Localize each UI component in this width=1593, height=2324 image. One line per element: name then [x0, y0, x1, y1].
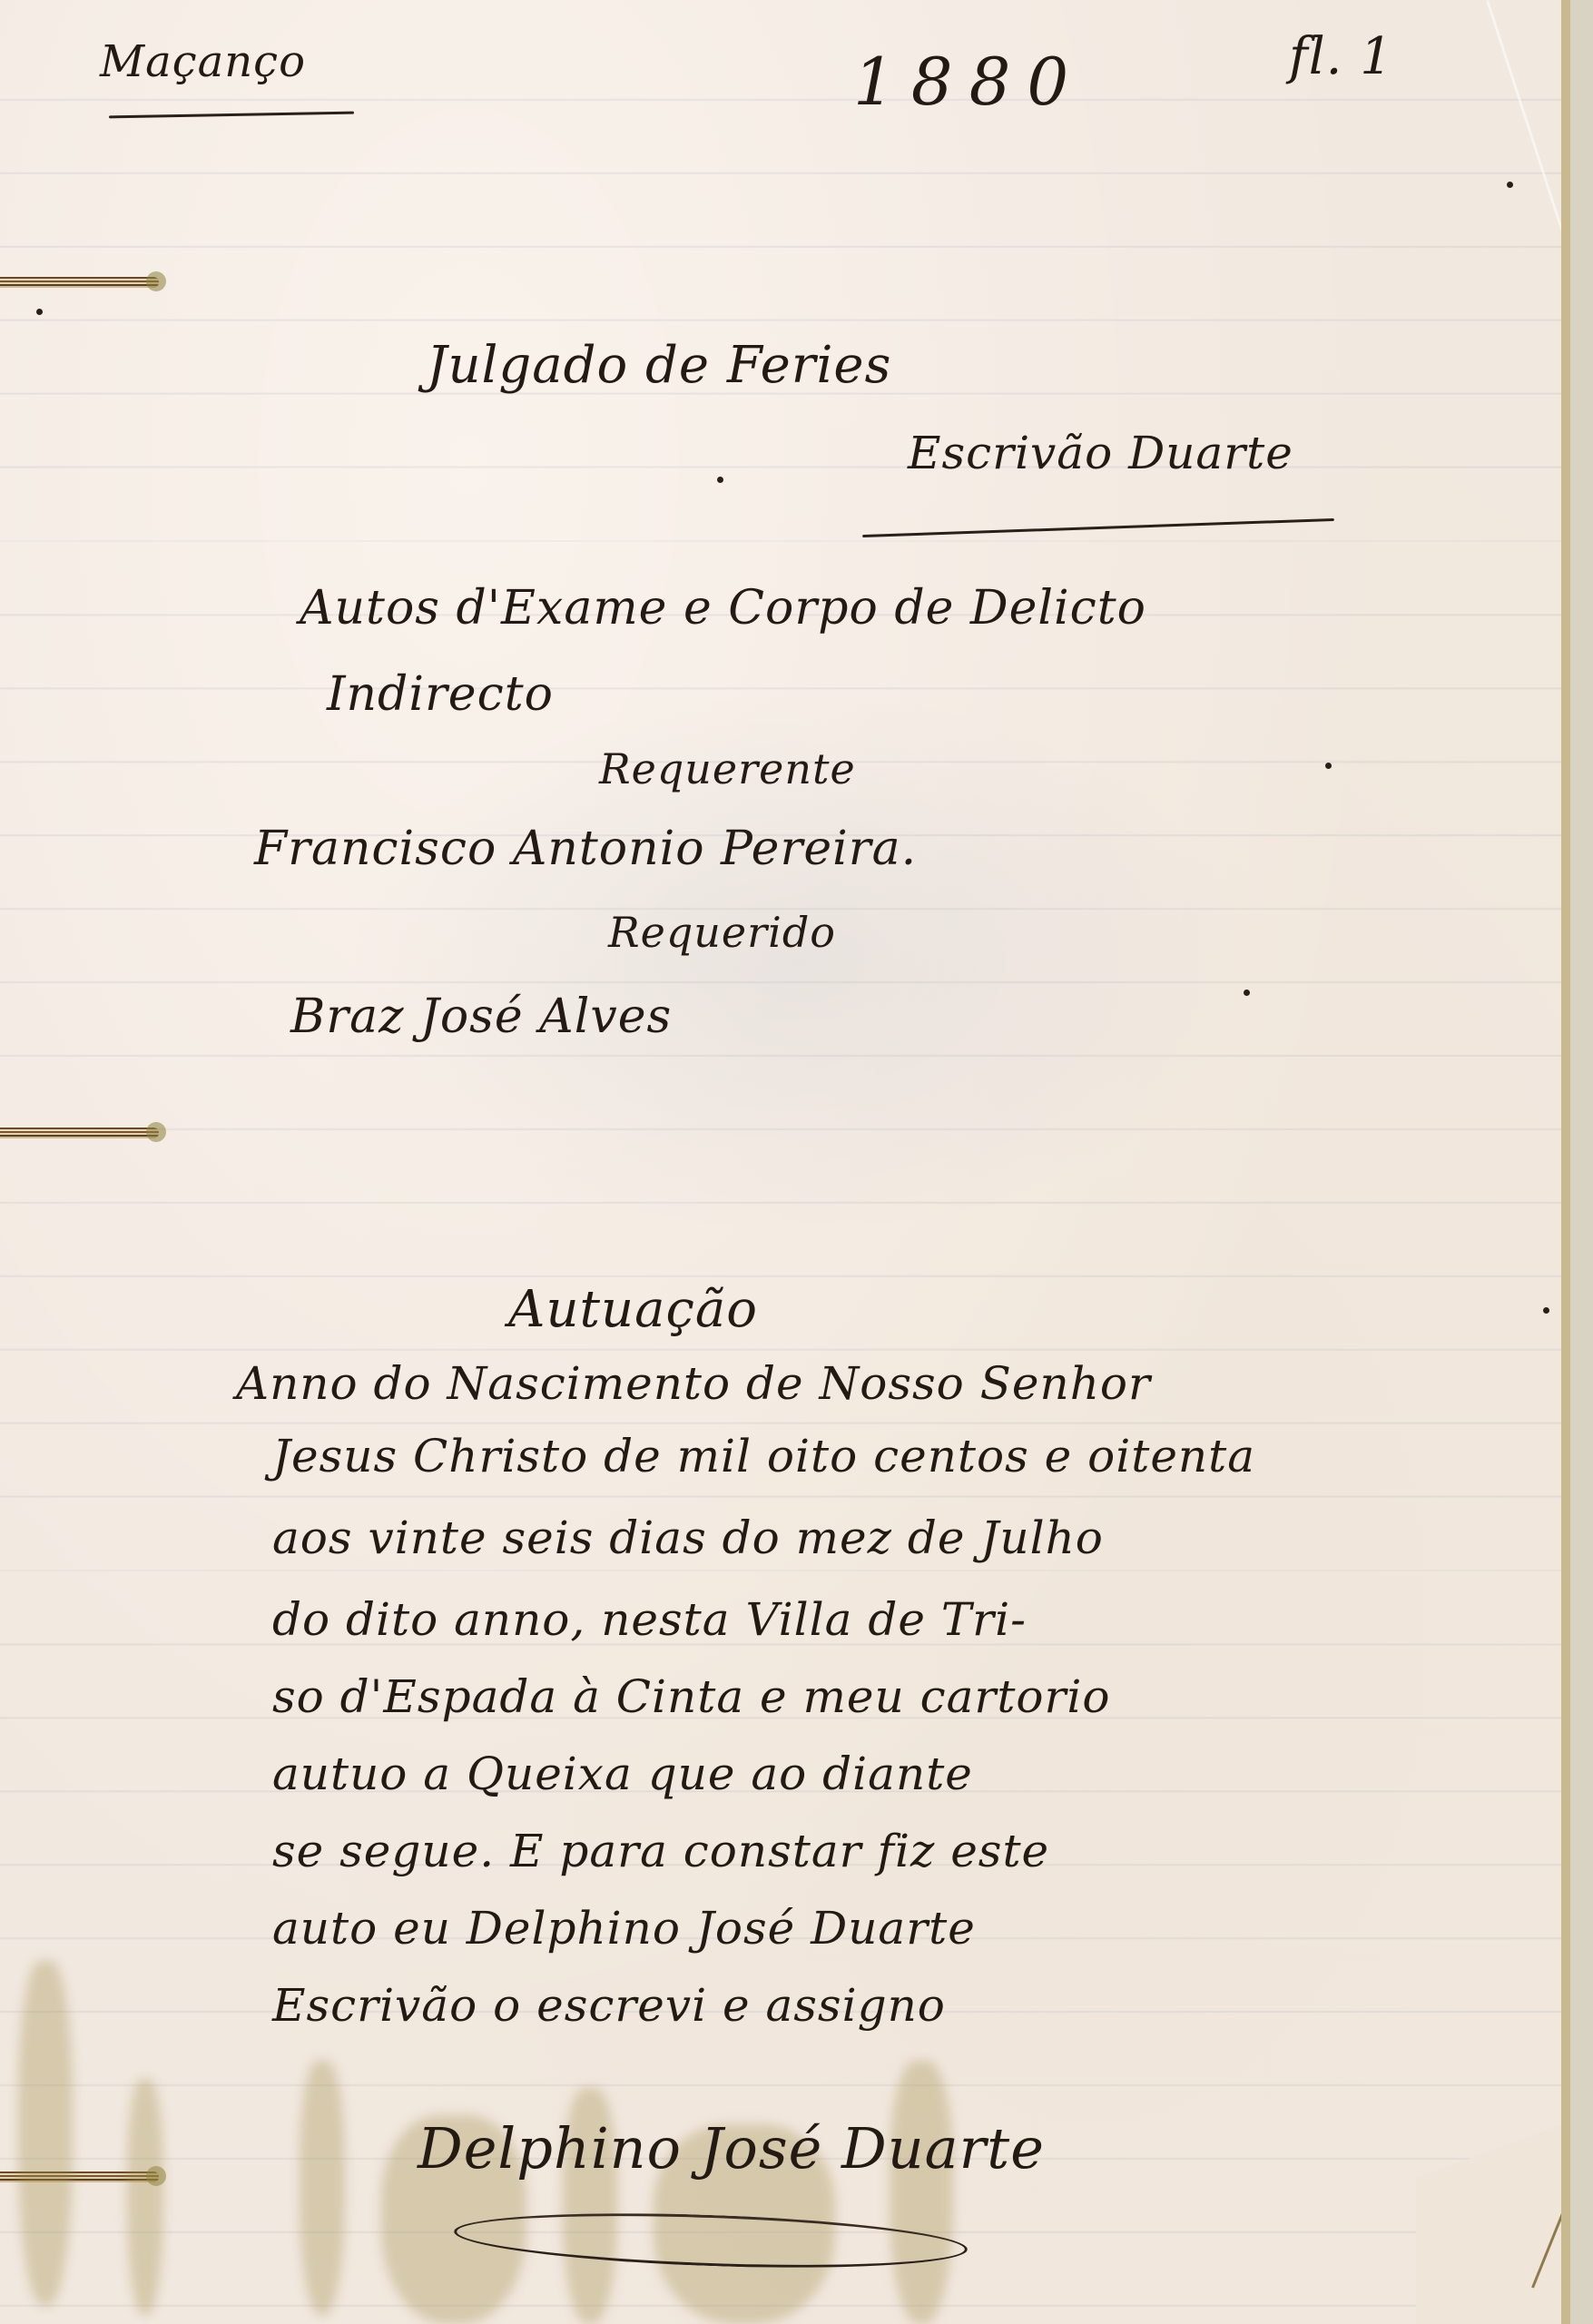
autuacao-line: auto eu Delphino José Duarte: [272, 1902, 976, 1955]
water-stain: [300, 2061, 345, 2315]
defendant-name: Braz José Alves: [290, 990, 672, 1044]
ink-speck: [1325, 763, 1332, 769]
ink-speck: [1507, 182, 1513, 188]
plaintiff-name: Francisco Antonio Pereira.: [254, 822, 917, 876]
defendant-label: Requerido: [608, 908, 836, 957]
clerk-signature: Delphino José Duarte: [418, 2115, 1045, 2181]
autuacao-line: so d'Espada à Cinta e meu cartorio: [272, 1670, 1111, 1723]
water-stain: [890, 2061, 953, 2324]
ink-speck: [1543, 1307, 1549, 1314]
case-title-line-2: Indirecto: [327, 667, 554, 722]
court-title: Julgado de Feries: [427, 336, 891, 395]
autuacao-line: autuo a Queixa que ao diante: [272, 1748, 973, 1800]
binding-stitch-top: [0, 277, 159, 288]
water-stain: [127, 2079, 163, 2315]
ink-speck: [717, 477, 723, 483]
header-year: 1880: [853, 44, 1085, 120]
plaintiff-label: Requerente: [599, 744, 856, 793]
autuacao-line: Anno do Nascimento de Nosso Senhor: [236, 1357, 1151, 1410]
water-stain: [18, 1961, 73, 2306]
autuacao-line: aos vinte seis dias do mez de Julho: [272, 1512, 1104, 1564]
binding-stitch-middle: [0, 1128, 159, 1138]
clerk-title: Escrivão Duarte: [908, 427, 1293, 479]
header-place-note: Maçanço: [100, 36, 306, 87]
autuacao-line: do dito anno, nesta Villa de Tri-: [272, 1593, 1027, 1646]
ink-speck: [36, 309, 43, 315]
case-title-line-1: Autos d'Exame e Corpo de Delicto: [300, 581, 1146, 635]
autuacao-line: Jesus Christo de mil oito centos e oiten…: [272, 1430, 1255, 1482]
autuacao-line: se segue. E para constar fiz este: [272, 1825, 1049, 1877]
autuacao-line: Escrivão o escrevi e assigno: [272, 1979, 946, 2032]
ink-speck: [1244, 990, 1250, 996]
autuacao-heading: Autuação: [508, 1280, 758, 1339]
folio-number: fl. 1: [1289, 27, 1393, 86]
manuscript-page: Maçanço 1880 fl. 1 Julgado de Feries Esc…: [0, 0, 1570, 2324]
